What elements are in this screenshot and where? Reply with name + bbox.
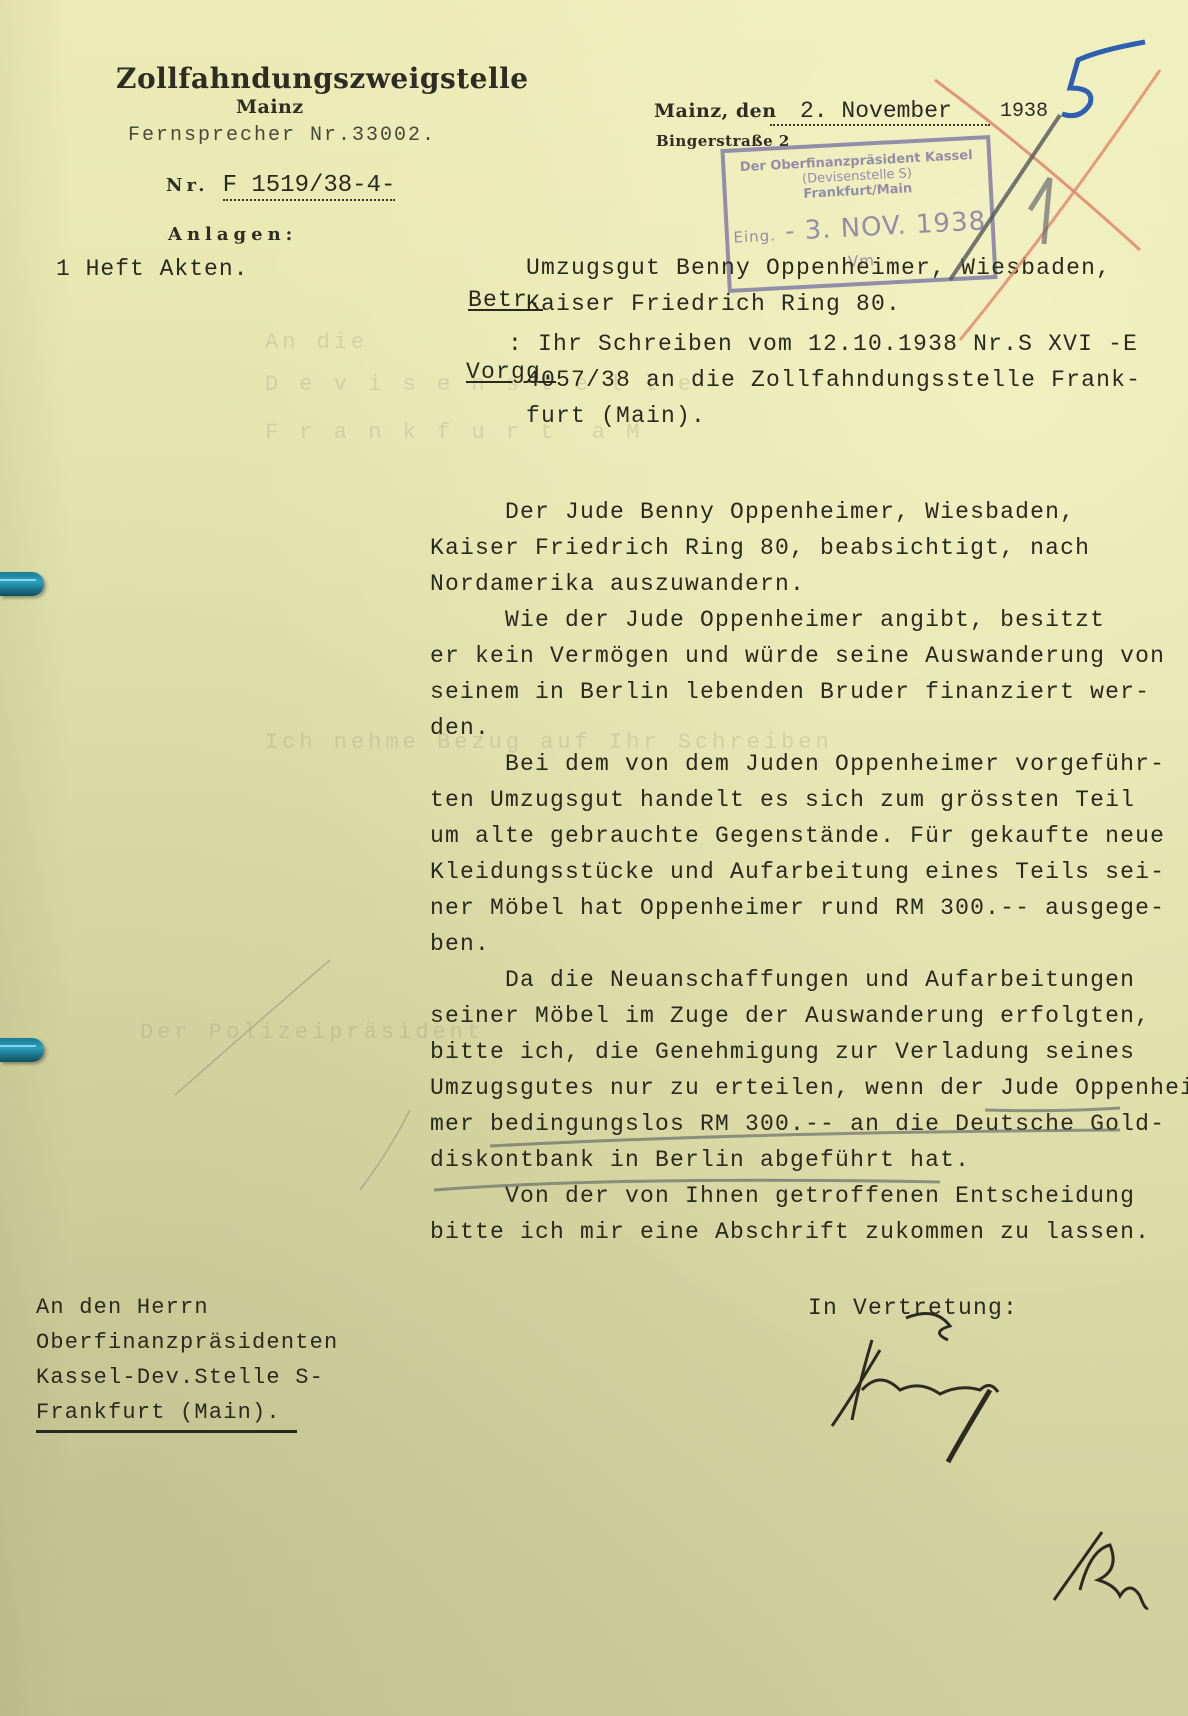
body-line: Der Jude Benny Oppenheimer, Wiesbaden, (430, 494, 1188, 530)
body-line: um alte gebrauchte Gegenstände. Für geka… (430, 818, 1188, 854)
initials-mark (1054, 1532, 1148, 1608)
recipient-line: Frankfurt (Main). (36, 1395, 297, 1433)
ref-value: F 1519/38-4- (223, 172, 396, 201)
attachments-value: 1 Heft Akten. (56, 256, 248, 282)
body-line: seiner Möbel im Zuge der Auswanderung er… (430, 998, 1188, 1034)
stamp-received-label: Eing. (733, 226, 776, 246)
recipient-line: Oberfinanzpräsidenten (36, 1325, 338, 1360)
body-line: Kaiser Friedrich Ring 80, beabsichtigt, … (430, 530, 1188, 566)
dateline-year: 1938 (1000, 100, 1048, 123)
binder-ring-upper (0, 572, 44, 596)
blue-number-label: 5 (1062, 80, 1063, 81)
body-line: Bei dem von dem Juden Oppenheimer vorgef… (430, 746, 1188, 782)
body-line: den. (430, 710, 1188, 746)
initials-label: /Ken. (1060, 1560, 1061, 1561)
recipient-line: An den Herrn (36, 1290, 338, 1325)
pencil-mark-label: 1 (1048, 180, 1049, 181)
dateline-date: 2. November (770, 98, 990, 126)
signature-mark (832, 1314, 998, 1463)
body-line: Nordamerika auszuwandern. (430, 566, 1188, 602)
office-name: Zollfahndungszweigstelle (116, 62, 529, 95)
betr-line-1: Umzugsgut Benny Oppenheimer, Wiesbaden, (526, 250, 1111, 286)
body-line: Wie der Jude Oppenheimer angibt, besitzt (430, 602, 1188, 638)
body-line: Da die Neuanschaffungen und Aufarbeitung… (430, 962, 1188, 998)
office-city: Mainz (236, 96, 304, 118)
body-line: mer bedingungslos RM 300.-- an die Deuts… (430, 1106, 1188, 1142)
body-line: ner Möbel hat Oppenheimer rund RM 300.--… (430, 890, 1188, 926)
ref-label: Nr. (166, 175, 209, 196)
vorgg-line-1: : Ihr Schreiben vom 12.10.1938 Nr.S XVI … (508, 326, 1138, 362)
body-line: Von der von Ihnen getroffenen Entscheidu… (430, 1178, 1188, 1214)
vorgg-line-3: furt (Main). (526, 398, 706, 434)
body-line: seinem in Berlin lebenden Bruder finanzi… (430, 674, 1188, 710)
body-line: ben. (430, 926, 1188, 962)
bleed-through-text: An die (265, 330, 368, 355)
reference-number: Nr. F 1519/38-4- (166, 172, 395, 201)
closing-label: In Vertretung: (808, 1290, 1018, 1326)
betr-line-2: Kaiser Friedrich Ring 80. (526, 286, 901, 322)
attachments-label: Anlagen: (168, 224, 297, 245)
body-line: diskontbank in Berlin abgeführt hat. (430, 1142, 1188, 1178)
letter-body: Der Jude Benny Oppenheimer, Wiesbaden, K… (430, 494, 1188, 1250)
body-line: Umzugsgutes nur zu erteilen, wenn der Ju… (430, 1070, 1188, 1106)
binder-ring-lower (0, 1038, 44, 1062)
dateline-place: Mainz, den (654, 100, 777, 122)
body-line: bitte ich mir eine Abschrift zukommen zu… (430, 1214, 1188, 1250)
recipient-address: An den Herrn Oberfinanzpräsidenten Kasse… (36, 1290, 338, 1433)
office-phone: Fernsprecher Nr.33002. (128, 124, 436, 147)
body-line: bitte ich, die Genehmigung zur Verladung… (430, 1034, 1188, 1070)
vorgg-line-2: 4057/38 an die Zollfahndungsstelle Frank… (526, 362, 1141, 398)
body-line: er kein Vermögen und würde seine Auswand… (430, 638, 1188, 674)
stamp-received-date: - 3. NOV. 1938 (784, 206, 987, 246)
body-line: ten Umzugsgut handelt es sich zum grösst… (430, 782, 1188, 818)
recipient-line: Kassel-Dev.Stelle S- (36, 1360, 338, 1395)
blue-number-five (1062, 42, 1145, 116)
body-line: Kleidungsstücke und Aufarbeitung eines T… (430, 854, 1188, 890)
